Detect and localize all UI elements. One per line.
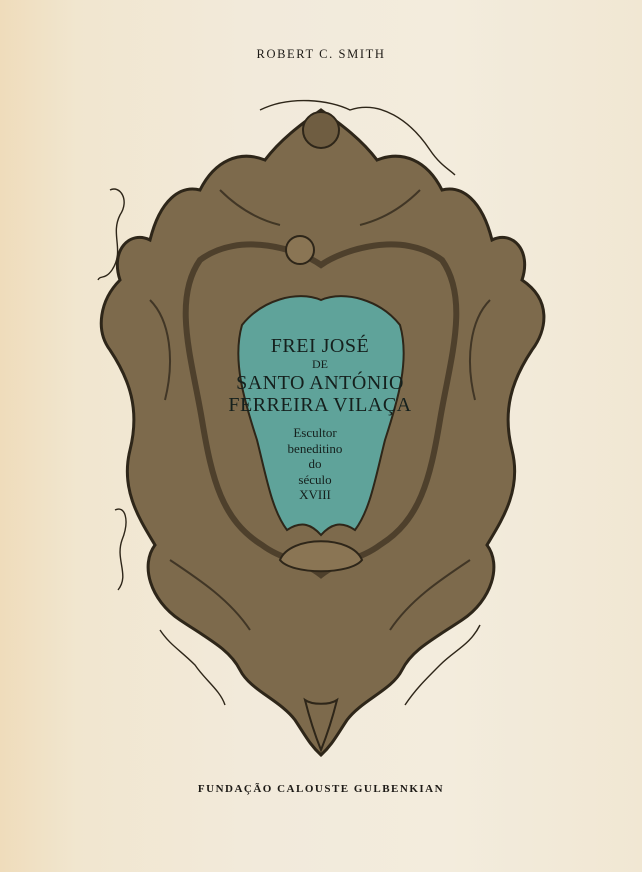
title-line-2: DE (205, 356, 435, 372)
subtitle-line: XVIII (240, 487, 390, 503)
subtitle-line: beneditino (240, 441, 390, 457)
subtitle-line: século (240, 472, 390, 488)
title-line-4: FERREIRA VILAÇA (205, 394, 435, 416)
book-title: FREI JOSÉ DE SANTO ANTÓNIO FERREIRA VILA… (205, 336, 435, 416)
publisher-name: FUNDAÇÃO CALOUSTE GULBENKIAN (0, 783, 642, 795)
book-subtitle: Escultor beneditino do século XVIII (240, 425, 390, 503)
book-cover: ROBERT C. SMITH (0, 0, 642, 872)
subtitle-line: do (240, 456, 390, 472)
title-line-1: FREI JOSÉ (205, 336, 435, 356)
subtitle-line: Escultor (240, 425, 390, 441)
title-line-3: SANTO ANTÓNIO (205, 372, 435, 394)
